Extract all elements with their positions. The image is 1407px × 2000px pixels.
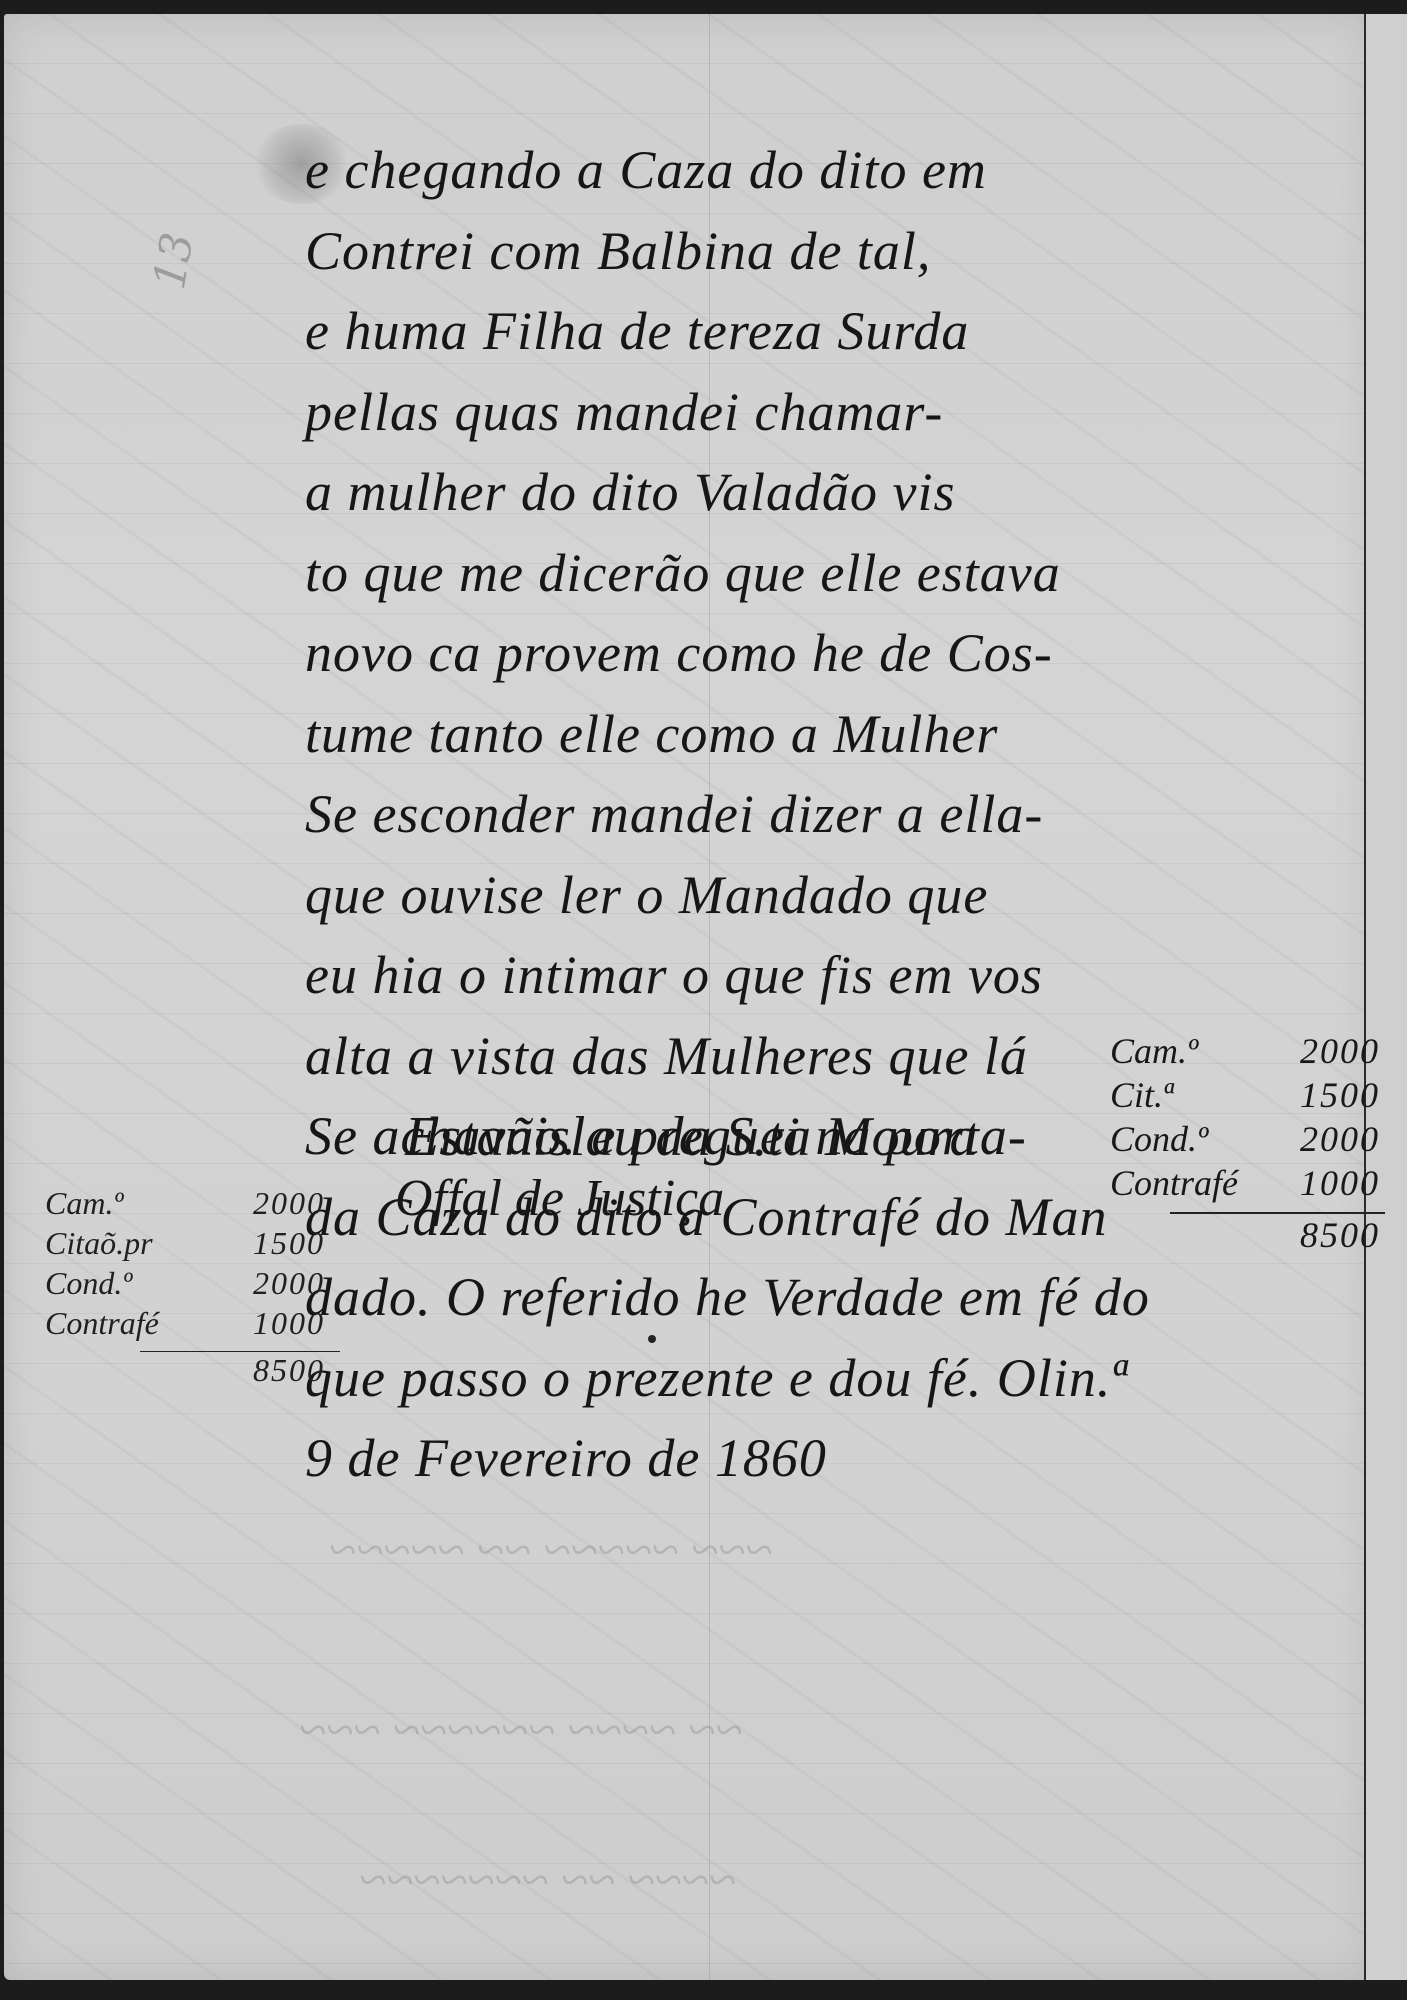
fee-amount: 1000: [205, 1305, 325, 1342]
adjacent-page-edge: [1366, 14, 1407, 1980]
text-line: e huma Filha de tereza Surda: [305, 291, 1185, 372]
fee-amount: 2000: [205, 1185, 325, 1222]
signature-block: Estanislau da S.ta Moura Offal de Justiç…: [405, 1105, 977, 1229]
text-line: to que me dicerão que elle estava: [305, 533, 1185, 614]
fee-amount: 2000: [1260, 1030, 1380, 1072]
fee-total: 8500: [205, 1352, 325, 1389]
fee-label: Cond.º: [45, 1265, 205, 1302]
fee-label: Contrafé: [1110, 1162, 1260, 1204]
fee-amount: 1000: [1260, 1162, 1380, 1204]
fee-row: Cond.º 2000: [45, 1265, 340, 1305]
fee-total-row: 8500: [1110, 1214, 1385, 1258]
signer-title: Offal de Justiça: [395, 1169, 977, 1229]
text-line: tume tanto elle como a Mulher: [305, 694, 1185, 775]
fee-label: Cam.º: [1110, 1030, 1260, 1072]
signer-name: Estanislau da S.ta Moura: [405, 1105, 977, 1169]
bleed-through-text: ~~~~ ~~ ~~~~~~~: [360, 1850, 737, 1908]
fee-amount: 1500: [205, 1225, 325, 1262]
fee-tally-left: Cam.º 2000 Citaõ.pr 1500 Cond.º 2000 Con…: [45, 1185, 340, 1396]
ink-dot: [648, 1335, 656, 1343]
text-line: Contrei com Balbina de tal,: [305, 211, 1185, 292]
fee-total-row: 8500: [45, 1352, 340, 1396]
fee-row: Cit.ª 1500: [1110, 1074, 1385, 1118]
certificate-body: e chegando a Caza do dito em Contrei com…: [305, 130, 1185, 1499]
fee-amount: 2000: [1260, 1118, 1380, 1160]
fee-label: Contrafé: [45, 1305, 205, 1342]
fee-amount: 1500: [1260, 1074, 1380, 1116]
text-line: dado. O referido he Verdade em fé do: [305, 1257, 1185, 1338]
text-line: alta a vista das Mulheres que lá: [305, 1016, 1185, 1097]
fee-row: Cam.º 2000: [45, 1185, 340, 1225]
text-line: pellas quas mandei chamar-: [305, 372, 1185, 453]
bleed-through-text: ~~ ~~~~ ~~~~~~ ~~~: [300, 1700, 743, 1758]
fee-label: Cond.º: [1110, 1118, 1260, 1160]
text-line: que ouvise ler o Mandado que: [305, 855, 1185, 936]
text-line: Se esconder mandei dizer a ella-: [305, 774, 1185, 855]
fee-label: Cit.ª: [1110, 1074, 1260, 1116]
text-line: eu hia o intimar o que fis em vos: [305, 935, 1185, 1016]
text-line: a mulher do dito Valadão vis: [305, 452, 1185, 533]
text-line: que passo o prezente e dou fé. Olin.ª: [305, 1338, 1185, 1419]
fee-row: Contrafé 1000: [45, 1305, 340, 1345]
fee-amount: 2000: [205, 1265, 325, 1302]
fee-tally-right: Cam.º 2000 Cit.ª 1500 Cond.º 2000 Contra…: [1110, 1030, 1385, 1258]
text-line: novo ca provem como he de Cos-: [305, 613, 1185, 694]
fee-label: Citaõ.pr: [45, 1225, 205, 1262]
fee-label: Cam.º: [45, 1185, 205, 1222]
fee-row: Contrafé 1000: [1110, 1162, 1385, 1206]
fee-total: 8500: [1260, 1214, 1380, 1256]
fee-row: Cam.º 2000: [1110, 1030, 1385, 1074]
fee-row: Citaõ.pr 1500: [45, 1225, 340, 1265]
text-line: 9 de Fevereiro de 1860: [305, 1418, 1185, 1499]
text-line: e chegando a Caza do dito em: [305, 130, 1185, 211]
fee-row: Cond.º 2000: [1110, 1118, 1385, 1162]
bleed-through-text: ~~~ ~~~~~ ~~ ~~~~~: [330, 1520, 773, 1578]
